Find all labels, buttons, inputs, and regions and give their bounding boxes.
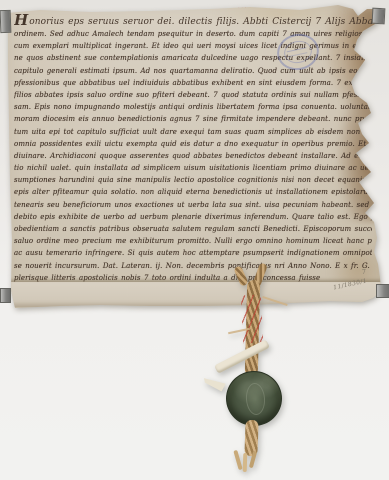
manuscript-line: se nouerit incursurum. Dat. Lateran. ij.… xyxy=(14,260,372,272)
parchment-shadow-wrap: Honorius eps seruus seruor dei. dilectis… xyxy=(0,0,389,315)
parchment-strip-tail xyxy=(202,373,226,391)
frayed-cord-strand xyxy=(233,450,242,470)
frayed-cord-strand xyxy=(249,451,257,468)
manuscript-lines: ordinem. Sed adhuc Amalech tendam psequi… xyxy=(14,28,372,284)
red-silk-threads-lower xyxy=(244,405,261,424)
parchment: Honorius eps seruus seruor dei. dilectis… xyxy=(0,0,389,315)
frayed-cord-strand xyxy=(243,453,248,472)
manuscript-line: tenearis seu beneficiorum unos exactione… xyxy=(14,199,372,211)
manuscript-line: ordinem. Sed adhuc Amalech tendam psequi… xyxy=(14,28,372,40)
seal-figure-vesica xyxy=(245,382,266,415)
manuscript-line: filios abbates ipsis saluo ordine suo pf… xyxy=(14,89,372,101)
manuscript-first-line: Honorius eps seruus seruor dei. dilectis… xyxy=(14,12,372,27)
manuscript-line: capitulo generali estimati ipsum. Ad nos… xyxy=(14,65,372,77)
manuscript-line: ac ausu temerario infringere. Si quis au… xyxy=(14,247,372,259)
illuminated-initial: H xyxy=(14,12,28,29)
archivist-red-number: N. 33 xyxy=(238,0,261,9)
manuscript-line: pfessionibus que abbatibus uel indiuidui… xyxy=(14,77,372,89)
mounting-clip-bottom-right xyxy=(376,284,389,298)
corner-mark: 7 xyxy=(362,269,366,276)
mounting-clip-top-right xyxy=(372,8,386,25)
manuscript-line: diuinare. Archidiaconi quoque asserentes… xyxy=(14,150,372,162)
parchment-strip xyxy=(214,339,270,373)
mounting-clip-top-left xyxy=(0,10,11,33)
manuscript-line: tum uita epi tot capitulo sufficiat uult… xyxy=(14,126,372,138)
charter-photograph: Honorius eps seruus seruor dei. dilectis… xyxy=(0,0,389,480)
manuscript-line: omnia possidentes exili uictu exempta qu… xyxy=(14,138,372,150)
first-line-text: onorius eps seruus seruor dei. dilectis … xyxy=(29,17,372,27)
wax-seal xyxy=(226,371,282,426)
stray-cord-fiber xyxy=(228,328,250,335)
manuscript-line: epis alter pfiteamur quia solatio. non a… xyxy=(14,186,372,198)
seal-cord-tail xyxy=(244,420,258,456)
mounting-clip-bottom-left xyxy=(0,288,11,303)
manuscript-line: moram diocesim eis annuo benedictionis a… xyxy=(14,113,372,125)
manuscript-line: obedientiam a sanctis patribus obseruata… xyxy=(14,223,372,235)
manuscript-line: sam. Epis nono impugnando molestijs anti… xyxy=(14,101,372,113)
manuscript-line: saluo ordine meo precium me exhibiturum … xyxy=(14,235,372,247)
manuscript-line: tio nichil ualet. quin installata ad sim… xyxy=(14,162,372,174)
plica-fold xyxy=(8,282,382,307)
manuscript-line: sumptiones harundini quia sine manipulis… xyxy=(14,174,372,186)
manuscript-line: debito epis exhibite de uerbo ad uerbum … xyxy=(14,211,372,223)
